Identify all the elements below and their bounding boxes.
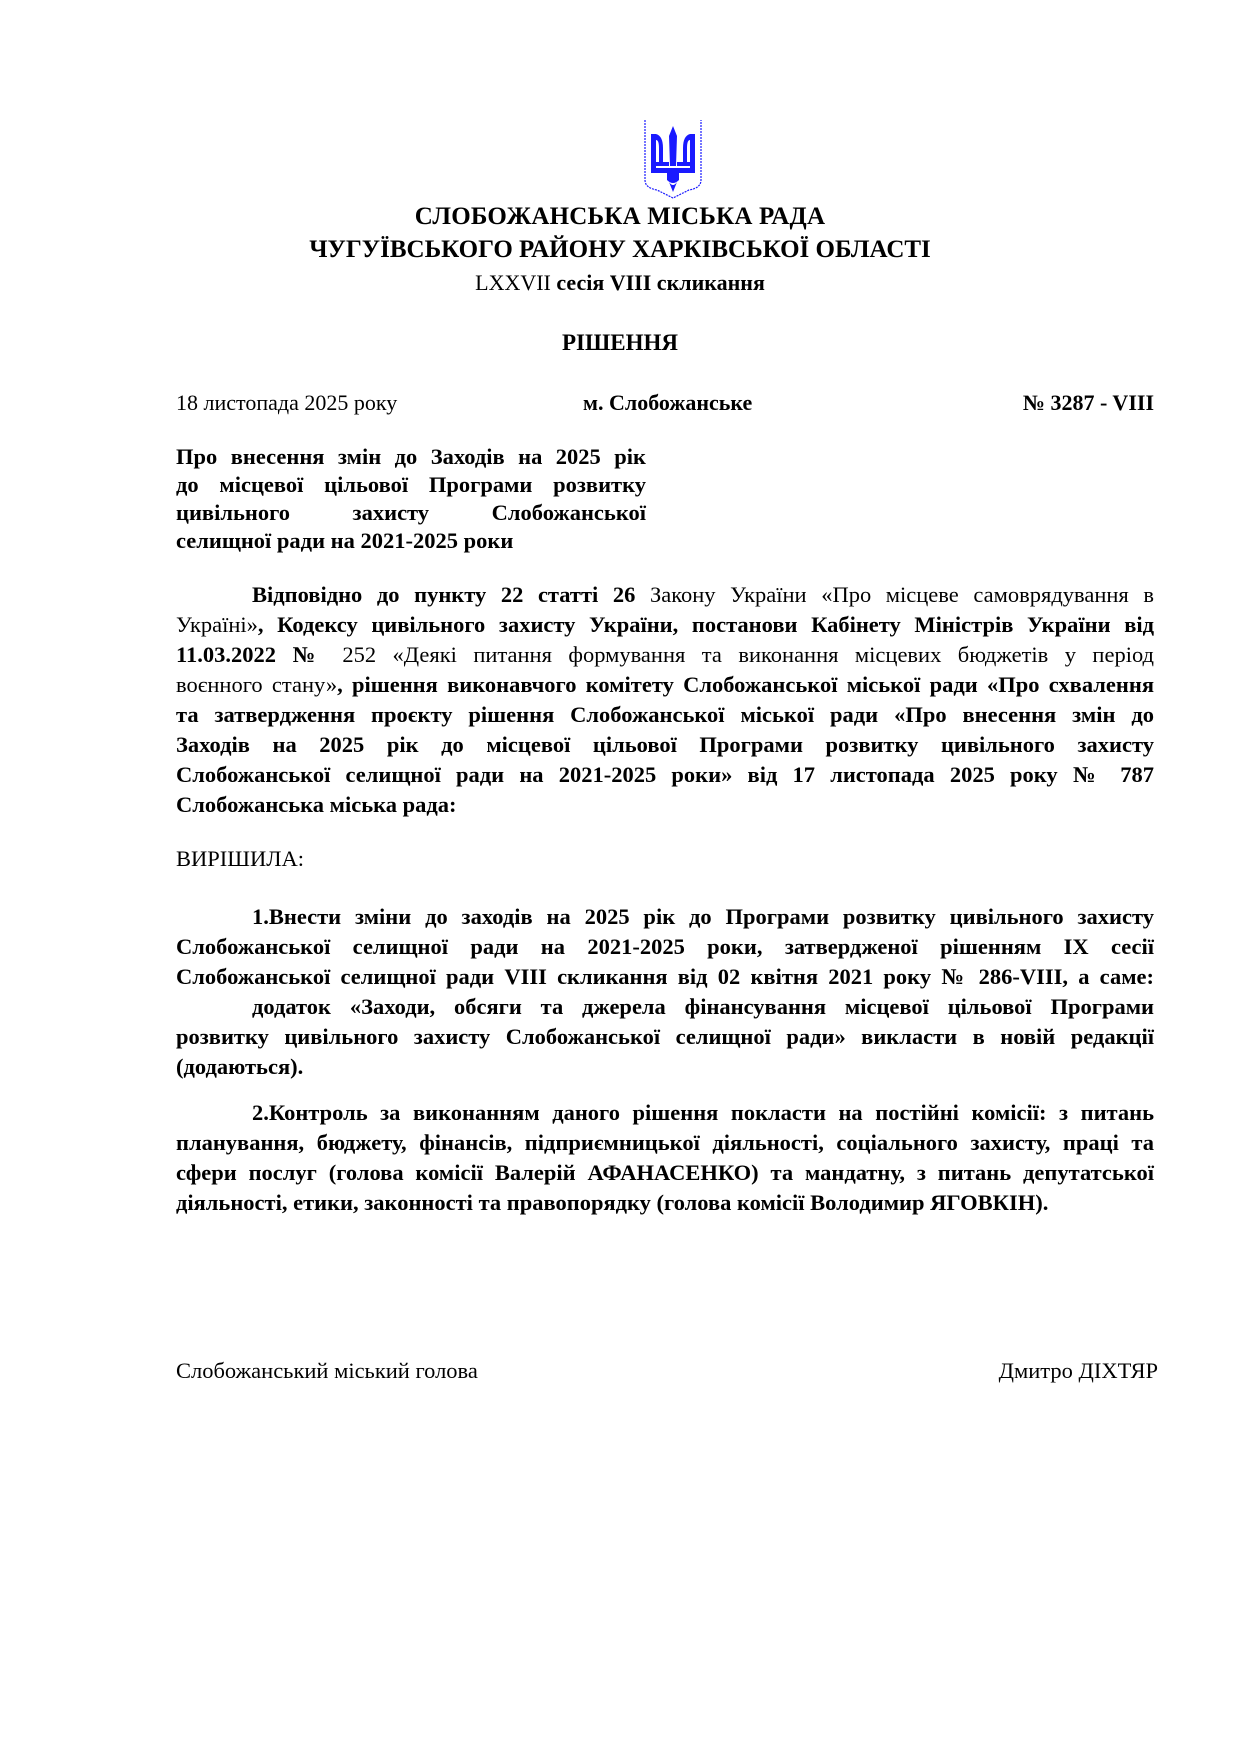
decision-meta: 18 листопада 2025 року м. Слобожанське №… (176, 390, 1154, 420)
preamble-text: воєнного стану» (176, 672, 337, 697)
subject-line: селищної ради на 2021-2025 роки (176, 527, 646, 555)
subject-line: цивільного захисту Слобожанської (176, 499, 646, 527)
preamble-line: Відповідно до пункту 22 статті 26 Закону… (176, 580, 1154, 610)
preamble-line: Слобожанської селищної ради на 2021-2025… (176, 760, 1154, 790)
council-name: СЛОБОЖАНСЬКА МІСЬКА РАДА (0, 203, 1240, 231)
item-2-line: 2.Контроль за виконанням даного рішення … (176, 1098, 1154, 1128)
signatory-name: Дмитро ДІХТЯР (999, 1358, 1158, 1384)
preamble-text: Закону України «Про місцеве самоврядуван… (635, 582, 1154, 607)
item-1-line: Слобожанської селищної ради на 2021-2025… (176, 932, 1154, 962)
document-page: СЛОБОЖАНСЬКА МІСЬКА РАДА ЧУГУЇВСЬКОГО РА… (0, 0, 1240, 1754)
session-line: LXXVII сесія VIII скликання (0, 270, 1240, 296)
preamble-text: Відповідно до пункту 22 статті 26 (252, 582, 635, 607)
preamble-line: Україні», Кодексу цивільного захисту Укр… (176, 610, 1154, 640)
item-1-line: Слобожанської селищної ради VIII скликан… (176, 962, 1154, 992)
item-2-paragraph: 2.Контроль за виконанням даного рішення … (176, 1098, 1154, 1218)
item-1-paragraph: 1.Внести зміни до заходів на 2025 рік до… (176, 902, 1154, 1082)
subject-line: Про внесення змін до Заходів на 2025 рік (176, 443, 646, 471)
preamble-text: 252 «Деякі питання формування та виконан… (342, 642, 1154, 667)
decision-subject: Про внесення змін до Заходів на 2025 рік… (176, 443, 646, 555)
preamble-line: та затвердження проєкту рішення Слобожан… (176, 700, 1154, 730)
item-2-line: сфери послуг (голова комісії Валерій АФА… (176, 1158, 1154, 1188)
item-1-line: (додаються). (176, 1052, 1154, 1082)
preamble-text: , рішення виконавчого комітету Слобожанс… (337, 672, 1154, 697)
item-1-line: розвитку цивільного захисту Слобожансько… (176, 1022, 1154, 1052)
item-2-line: діяльності, етики, законності та правопо… (176, 1188, 1154, 1218)
session-label: сесія VIII скликання (551, 270, 765, 295)
decision-city: м. Слобожанське (583, 390, 752, 416)
preamble-text: 11.03.2022 № (176, 642, 342, 667)
subject-line: до місцевої цільової Програми розвитку (176, 471, 646, 499)
trident-emblem-icon (643, 118, 703, 200)
item-2-line: планування, бюджету, фінансів, підприємн… (176, 1128, 1154, 1158)
decision-title: РІШЕННЯ (0, 330, 1240, 356)
signatory-title: Слобожанський міський голова (176, 1358, 478, 1384)
preamble-text: Україні» (176, 612, 258, 637)
preamble-line: Слобожанська міська рада: (176, 790, 1154, 820)
preamble-line: Заходів на 2025 рік до місцевої цільової… (176, 730, 1154, 760)
decision-number: № 3287 - VIII (1023, 390, 1154, 416)
preamble-line: воєнного стану», рішення виконавчого ком… (176, 670, 1154, 700)
preamble-text: , Кодексу цивільного захисту України, по… (258, 612, 1154, 637)
resolved-label: ВИРІШИЛА: (176, 846, 304, 872)
decision-date: 18 листопада 2025 року (176, 390, 397, 416)
item-1-line: додаток «Заходи, обсяги та джерела фінан… (176, 992, 1154, 1022)
session-number: LXXVII (475, 270, 551, 295)
council-district: ЧУГУЇВСЬКОГО РАЙОНУ ХАРКІВСЬКОЇ ОБЛАСТІ (0, 236, 1240, 264)
preamble-paragraph: Відповідно до пункту 22 статті 26 Закону… (176, 580, 1154, 820)
preamble-line: 11.03.2022 № 252 «Деякі питання формуван… (176, 640, 1154, 670)
item-1-line: 1.Внести зміни до заходів на 2025 рік до… (176, 902, 1154, 932)
